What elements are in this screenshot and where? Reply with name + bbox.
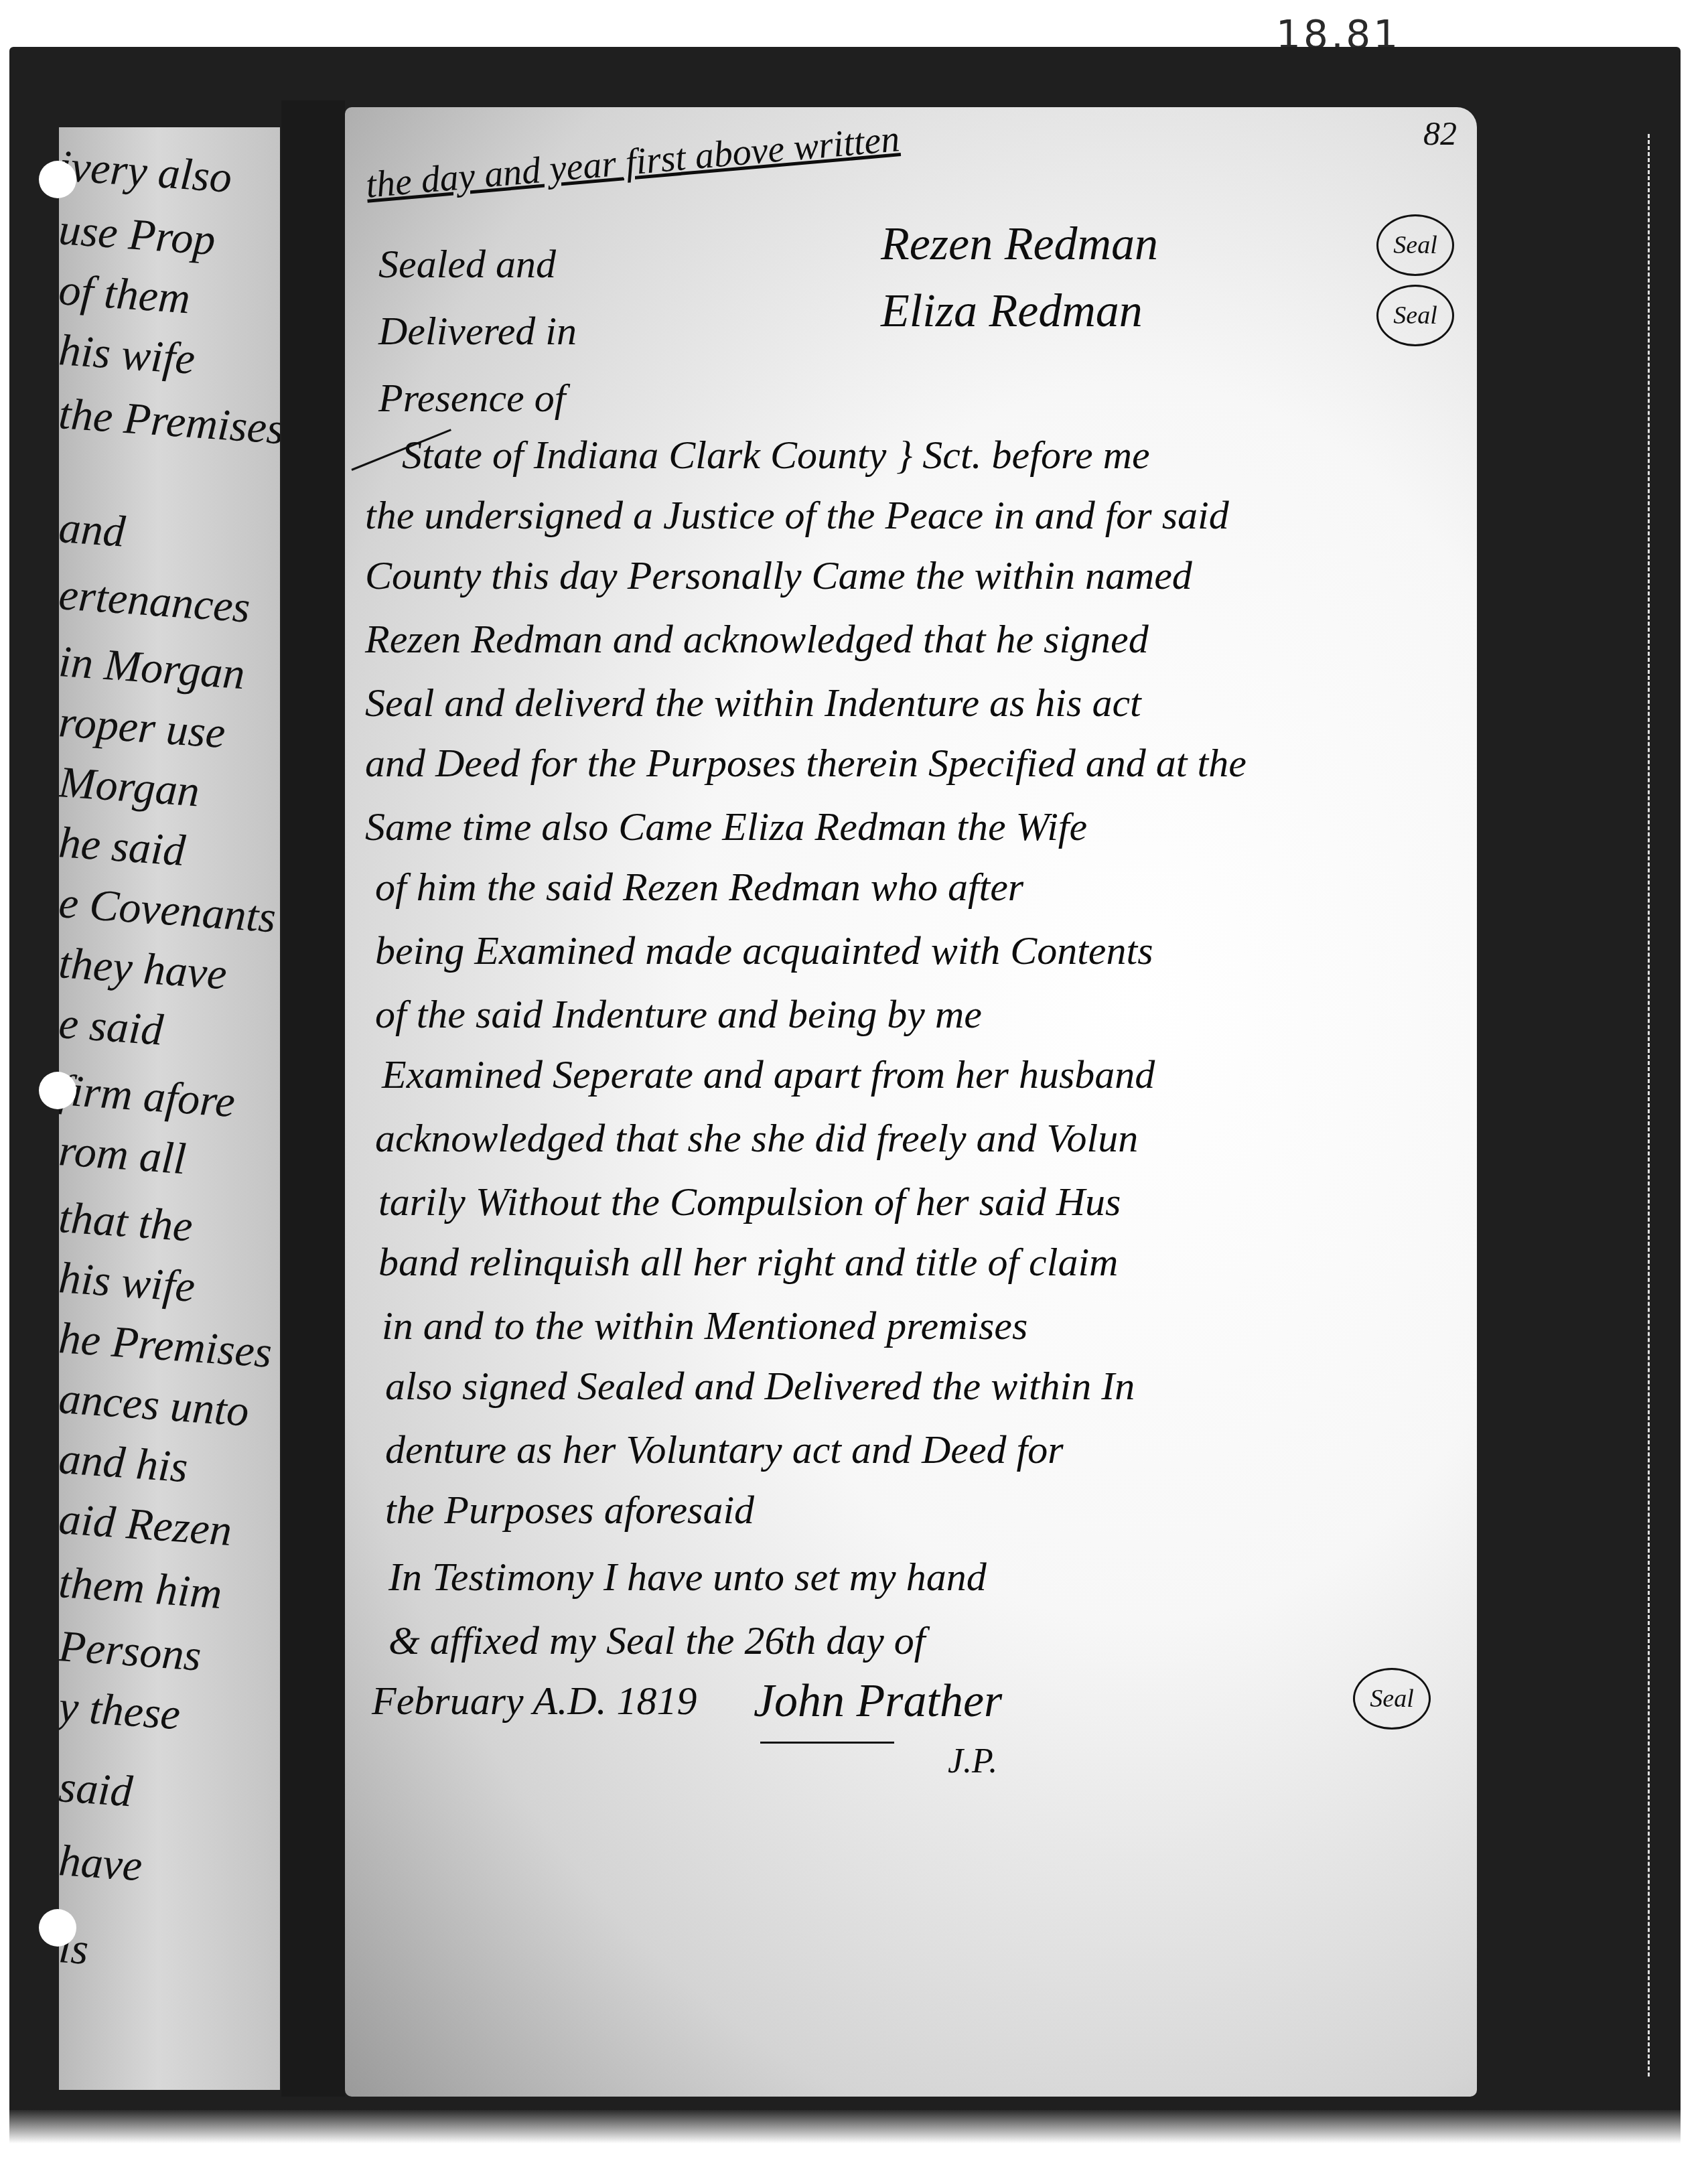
punch-hole <box>39 1909 76 1947</box>
punch-hole <box>39 1072 76 1109</box>
body-line: tarily Without the Compulsion of her sai… <box>378 1179 1121 1225</box>
strip-text: of them <box>59 265 192 324</box>
attestation-line: Sealed and <box>378 241 556 287</box>
seal-mark: Seal <box>1376 285 1454 346</box>
strip-text: and his <box>59 1433 190 1493</box>
punch-hole <box>39 161 76 198</box>
strip-text: Persons <box>59 1621 203 1682</box>
document-sheet: 18,81 ivery also use Prop of them his wi… <box>0 0 1708 2181</box>
testimony-line: In Testimony I have unto set my hand <box>388 1554 987 1600</box>
strip-text: his wife <box>59 325 197 385</box>
strip-text: ivery also <box>59 141 233 204</box>
seal-mark: Seal <box>1376 214 1454 276</box>
body-line: County this day Personally Came the with… <box>365 553 1192 599</box>
justice-signature: John Prather <box>754 1675 1002 1728</box>
body-line: the undersigned a Justice of the Peace i… <box>365 492 1229 539</box>
strip-text: have <box>59 1835 144 1892</box>
strip-text: his wife <box>59 1253 197 1313</box>
strip-text: firm afore <box>59 1065 236 1128</box>
body-line: in and to the within Mentioned premises <box>382 1303 1027 1349</box>
strip-text: e Covenants <box>59 877 277 943</box>
strip-text: that the <box>59 1192 194 1253</box>
body-line: of him the said Rezen Redman who after <box>375 864 1023 910</box>
binding-gutter <box>281 100 345 2097</box>
attestation-line: Delivered in <box>378 308 577 354</box>
body-line: the Purposes aforesaid <box>385 1487 754 1533</box>
strip-text: ertenances <box>59 569 252 634</box>
body-line: Rezen Redman and acknowledged that he si… <box>365 616 1149 662</box>
strip-text: the Premises <box>59 389 280 455</box>
body-line: acknowledged that she she did freely and… <box>375 1115 1138 1162</box>
testimony-line: & affixed my Seal the 26th day of <box>388 1618 925 1664</box>
justice-title: J.P. <box>948 1742 997 1781</box>
strip-text: y these <box>59 1681 182 1740</box>
body-line: denture as her Voluntary act and Deed fo… <box>385 1427 1064 1473</box>
strip-text: he Premises <box>59 1313 273 1379</box>
body-line: and Deed for the Purposes therein Specif… <box>365 740 1247 786</box>
page-number: 82 <box>1423 114 1457 153</box>
body-line: also signed Sealed and Delivered the wit… <box>385 1363 1135 1409</box>
strip-text: said <box>59 1762 134 1817</box>
body-line: being Examined made acquainted with Cont… <box>375 928 1153 974</box>
seal-mark: Seal <box>1353 1668 1431 1730</box>
strip-text: roper use <box>59 697 227 759</box>
testimony-line: February A.D. 1819 <box>372 1678 697 1724</box>
strip-text: them him <box>59 1557 224 1620</box>
record-page: 82 the day and year first above written … <box>345 107 1477 2097</box>
frame-edge-marks <box>1648 134 1652 2077</box>
opening-line: the day and year first above written <box>364 117 902 206</box>
body-line: Same time also Came Eliza Redman the Wif… <box>365 804 1087 850</box>
left-page-strip: ivery also use Prop of them his wife the… <box>59 127 280 2090</box>
body-line: State of Indiana Clark County } Sct. bef… <box>402 432 1150 478</box>
body-line: Seal and deliverd the within Indenture a… <box>365 680 1141 726</box>
strip-text: and <box>59 502 127 558</box>
strip-text: ances unto <box>59 1373 251 1437</box>
strip-text: use Prop <box>59 204 217 266</box>
strip-text: in Morgan <box>59 636 246 700</box>
attestation-line: Presence of <box>378 375 565 421</box>
strip-text: they have <box>59 938 228 1000</box>
strip-text: rom all <box>59 1125 188 1185</box>
body-line: Examined Seperate and apart from her hus… <box>382 1052 1155 1098</box>
frame-bottom-fade <box>9 2110 1681 2143</box>
strip-text: Morgan <box>59 757 201 817</box>
body-line: band relinquish all her right and title … <box>378 1239 1118 1285</box>
strip-text: e said <box>59 998 165 1056</box>
strip-text: aid Rezen <box>59 1494 233 1557</box>
body-line: of the said Indenture and being by me <box>375 991 982 1038</box>
strip-text: he said <box>59 817 187 877</box>
grantor-wife-signature: Eliza Redman <box>881 285 1143 338</box>
signature-flourish <box>760 1742 894 1744</box>
grantor-signature: Rezen Redman <box>881 218 1158 271</box>
